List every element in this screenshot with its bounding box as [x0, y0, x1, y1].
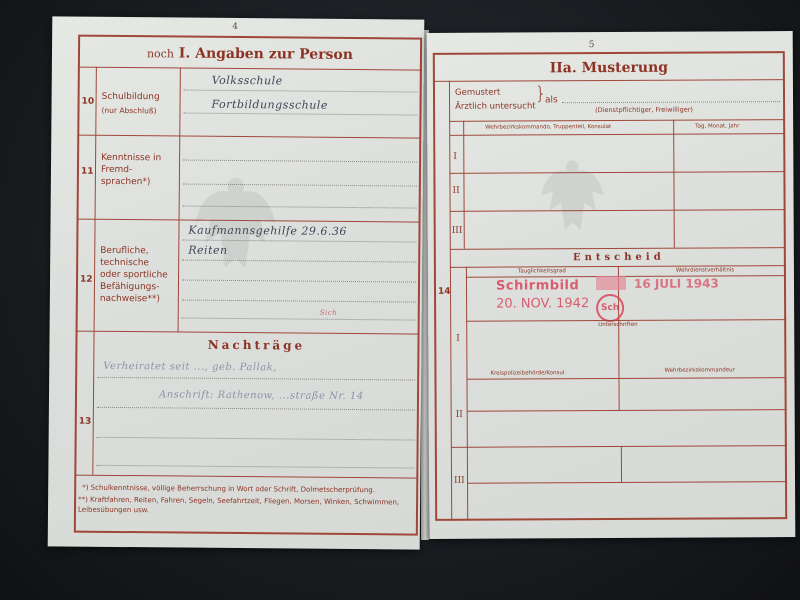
row-number-12: 12 [80, 275, 93, 285]
table-header-col1: Wehrbezirkskommando, Truppenteil, Konsul… [485, 124, 611, 131]
stamp-date: 20. NOV. 1942 [496, 296, 589, 311]
footnote-marker: **) [78, 496, 88, 504]
page-number: 4 [232, 22, 238, 32]
nachtraege-heading: Nachträge [95, 337, 417, 354]
stamp-second-date: 16 JULI 1943 [634, 276, 719, 290]
row-label-line: Kenntnisse in [101, 152, 161, 165]
row-number-14: 14 [438, 287, 451, 297]
row-label-line: oder sportliche [100, 269, 168, 282]
row-label-line: Berufliche, [100, 245, 148, 257]
footnote-2: **) Kraftfahren, Reiten, Fahren, Segeln,… [78, 495, 414, 518]
footnote-text: Kraftfahren, Reiten, Fahren, Segeln, See… [78, 496, 399, 515]
row-label-line: nachweise**) [100, 293, 160, 306]
handwritten-entry: Fortbildungsschule [212, 98, 328, 112]
row-number-10: 10 [82, 97, 95, 107]
footnote-text: Schulkenntnisse, völlige Beherrschung in… [91, 484, 375, 494]
wehrbezirk-label: Wehrbezirkskommandeur [664, 367, 734, 373]
row-label-line: technische [100, 257, 149, 269]
row-number-11: 11 [81, 167, 94, 177]
table-header-col2: Tag, Monat, Jahr [695, 123, 739, 129]
handwritten-entry: Volksschule [212, 74, 283, 88]
right-page: 5 IIa. Musterung Gemustert Ärztlich unte… [427, 31, 796, 539]
aerztlich-label: Ärztlich untersucht [455, 100, 536, 112]
row-number-13: 13 [79, 417, 92, 427]
row-label-schulbildung: Schulbildung [102, 91, 160, 104]
row-sublabel: (nur Abschluß) [101, 105, 156, 117]
row-label-line: Befähigungs- [100, 281, 159, 294]
heading-text: I. Angaben zur Person [179, 45, 353, 63]
eagle-watermark-icon [537, 150, 607, 240]
handwritten-entry: Verheiratet seit ..., geb. Pallak, [103, 361, 277, 374]
row-roman-2: II [452, 185, 459, 197]
right-page-heading: IIa. Musterung [435, 59, 783, 77]
als-hint: (Dienstpflichtiger, Freiwilliger) [595, 104, 693, 117]
left-page-heading: noch I. Angaben zur Person [80, 45, 420, 64]
als-label: als [545, 94, 558, 106]
gemustert-label: Gemustert [455, 87, 500, 99]
footnote-marker: *) [82, 484, 88, 492]
row-label-line: sprachen*) [101, 176, 151, 188]
entscheid-roman-2: II [456, 409, 463, 421]
row-label-line: Fremd- [101, 164, 132, 176]
page-number: 5 [589, 40, 595, 50]
row-roman-3: III [452, 225, 463, 237]
entscheid-heading: Entscheid [452, 251, 786, 264]
left-page: 4 noch I. Angaben zur Person 10 Schulbil… [48, 16, 425, 549]
entscheid-roman-3: III [454, 475, 465, 487]
stamp-place: Schirmbild [496, 278, 579, 293]
unterschriften-label: Unterschriften [598, 322, 637, 328]
stamp-block [596, 276, 626, 290]
center-column [621, 446, 622, 482]
handwritten-entry: Kaufmannsgehilfe 29.6.36 [188, 224, 347, 238]
stamp-circle: Sch [596, 294, 624, 322]
polizei-label: Kreispolizeibehörde/Konsul [490, 370, 564, 376]
wehrdienst-label: Wehrdienstverhältnis [676, 267, 734, 273]
handwritten-entry: Reiten [188, 244, 227, 257]
row-roman-1: I [453, 151, 457, 163]
tauglichkeit-label: Tauglichkeitsgrad [518, 268, 566, 274]
handwritten-entry: Anschrift: Rathenow, ...straße Nr. 14 [159, 389, 364, 402]
entscheid-roman-1: I [456, 333, 460, 345]
heading-prefix: noch [147, 47, 174, 60]
faint-red-mark: Sich [320, 309, 338, 317]
